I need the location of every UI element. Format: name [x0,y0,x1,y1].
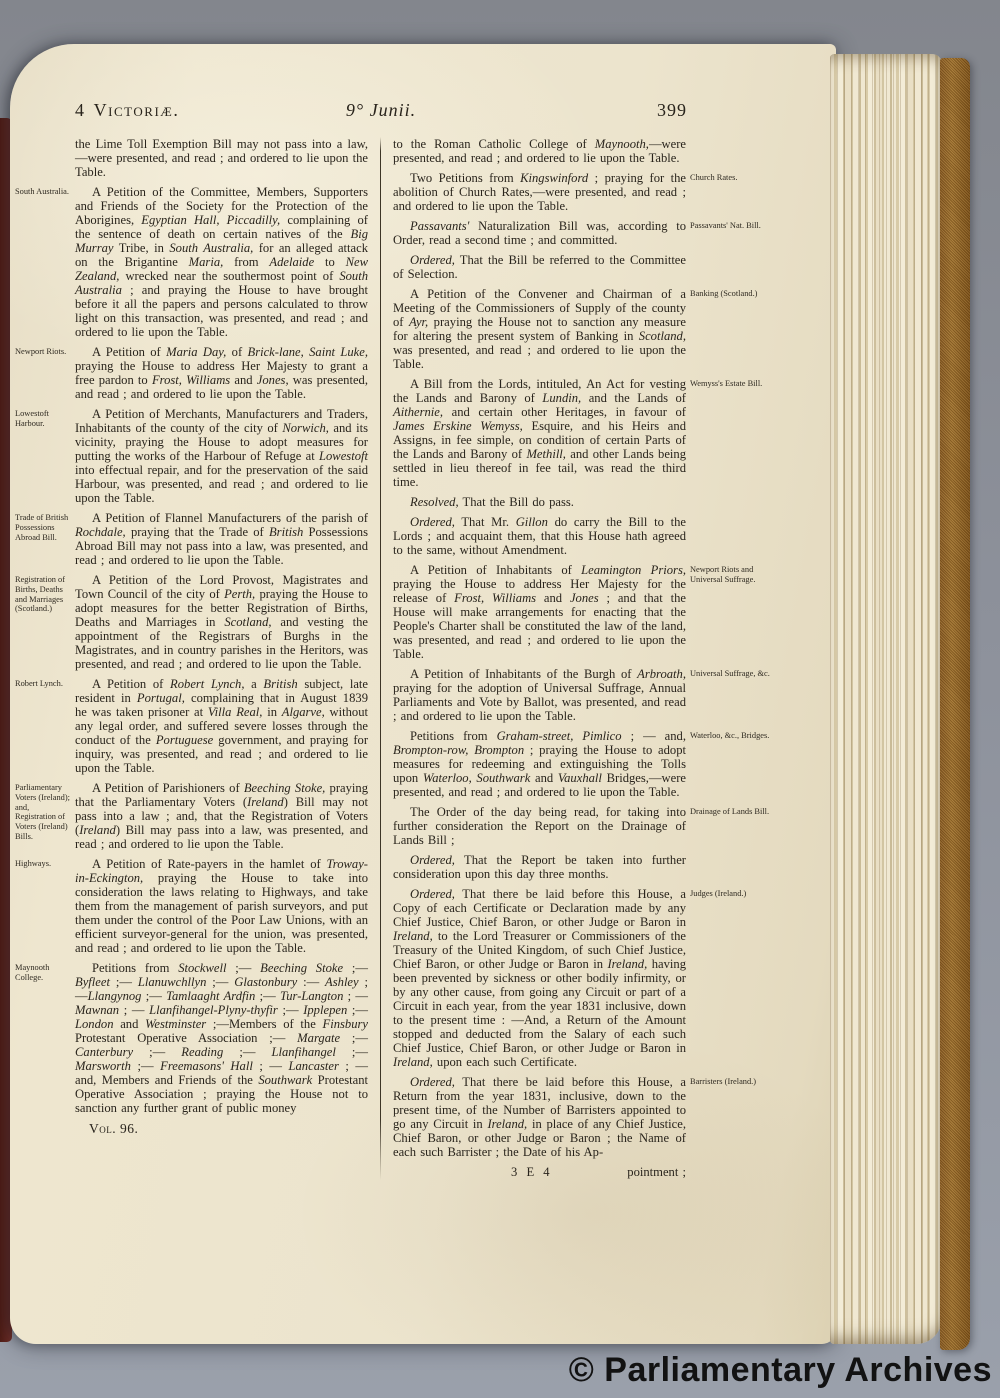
journal-entry: Lowestoft Harbour.A Petition of Merchant… [75,407,368,505]
entry-paragraph: A Petition of the Committee, Members, Su… [75,185,368,339]
entry-paragraph: A Petition of the Convener and Chairman … [393,287,686,371]
journal-entry: Trade of British Possessions Abroad Bill… [75,511,368,567]
photographed-book-scene: 4 Victoriæ. 9° Junii. 399 the Lime Toll … [0,0,1000,1398]
entry-paragraph: A Petition of Robert Lynch, a British su… [75,677,368,775]
entry-paragraph: A Petition of Inhabitants of Leamington … [393,563,686,661]
journal-entry: Drainage of Lands Bill.The Order of the … [393,805,686,881]
journal-entry: Universal Suffrage, &c.A Petition of Inh… [393,667,686,723]
journal-entry: Registration of Births, Deaths and Marri… [75,573,368,671]
page-text-block: 4 Victoriæ. 9° Junii. 399 the Lime Toll … [75,100,687,1180]
signature-mark: 3 E 4 [511,1165,553,1180]
margin-note: Barristers (Ireland.) [690,1077,770,1087]
margin-note: Passavants' Nat. Bill. [690,221,770,231]
margin-note: Waterloo, &c., Bridges. [690,731,770,741]
entry-paragraph: A Petition of the Lord Provost, Magistra… [75,573,368,671]
entry-paragraph: A Petition of Inhabitants of the Burgh o… [393,667,686,723]
entry-paragraph: A Bill from the Lords, intituled, An Act… [393,377,686,489]
book-fore-edge-pages [830,54,942,1344]
journal-entry: Robert Lynch.A Petition of Robert Lynch,… [75,677,368,775]
margin-note: Drainage of Lands Bill. [690,807,770,817]
page-number: 399 [487,100,687,121]
journal-entry: Highways.A Petition of Rate-payers in th… [75,857,368,955]
entry-paragraph: A Petition of Parishioners of Beeching S… [75,781,368,851]
entry-paragraph: Two Petitions from Kingswinford ; prayin… [393,171,686,213]
margin-note: Registration of Births, Deaths and Marri… [15,575,71,614]
entry-paragraph: the Lime Toll Exemption Bill may not pas… [75,137,368,179]
journal-entry: Church Rates.Two Petitions from Kingswin… [393,171,686,213]
margin-note: Parliamentary Voters (Ireland); and, Reg… [15,783,71,842]
journal-entry: South Australia.A Petition of the Commit… [75,185,368,339]
margin-note: Trade of British Possessions Abroad Bill… [15,513,71,542]
journal-entry: Wemyss's Estate Bill.A Bill from the Lor… [393,377,686,557]
journal-entry: the Lime Toll Exemption Bill may not pas… [75,137,368,179]
entry-paragraph: Ordered, That the Report be taken into f… [393,853,686,881]
entry-paragraph: A Petition of Merchants, Manufacturers a… [75,407,368,505]
margin-note: Lowestoft Harbour. [15,409,71,429]
page-header: 4 Victoriæ. 9° Junii. 399 [75,100,687,121]
margin-note: Wemyss's Estate Bill. [690,379,770,389]
margin-note: Church Rates. [690,173,770,183]
book-cover [940,58,970,1350]
left-column: the Lime Toll Exemption Bill may not pas… [75,137,368,1180]
entry-paragraph: Ordered, That there be laid before this … [393,1075,686,1159]
margin-note: Universal Suffrage, &c. [690,669,770,679]
archive-watermark: © Parliamentary Archives [569,1351,992,1390]
entry-paragraph: Ordered, That the Bill be referred to th… [393,253,686,281]
entry-paragraph: Petitions from Stockwell ;— Beeching Sto… [75,961,368,1115]
two-column-text: the Lime Toll Exemption Bill may not pas… [75,137,687,1180]
margin-note: South Australia. [15,187,71,197]
entry-paragraph: Ordered, That there be laid before this … [393,887,686,1069]
journal-entry: Newport Riots.A Petition of Maria Day, o… [75,345,368,401]
entry-paragraph: Passavants' Naturalization Bill was, acc… [393,219,686,247]
entry-paragraph: to the Roman Catholic College of Maynoot… [393,137,686,165]
journal-entry: Maynooth College.Petitions from Stockwel… [75,961,368,1115]
right-column: to the Roman Catholic College of Maynoot… [393,137,686,1180]
entry-paragraph: The Order of the day being read, for tak… [393,805,686,847]
column-footer: 3 E 4pointment ; [393,1165,686,1180]
entry-paragraph: A Petition of Maria Day, of Brick-lane, … [75,345,368,401]
journal-entry: Passavants' Nat. Bill.Passavants' Natura… [393,219,686,281]
journal-entry: to the Roman Catholic College of Maynoot… [393,137,686,165]
journal-entry: Banking (Scotland.)A Petition of the Con… [393,287,686,371]
margin-note: Judges (Ireland.) [690,889,770,899]
margin-note: Robert Lynch. [15,679,71,689]
entry-paragraph: Petitions from Graham-street, Pimlico ; … [393,729,686,799]
entry-paragraph: A Petition of Flannel Manufacturers of t… [75,511,368,567]
margin-note: Maynooth College. [15,963,71,983]
journal-entry: Parliamentary Voters (Ireland); and, Reg… [75,781,368,851]
journal-page: 4 Victoriæ. 9° Junii. 399 the Lime Toll … [10,44,836,1344]
margin-note: Banking (Scotland.) [690,289,770,299]
column-divider-rule [380,137,381,1180]
journal-entry: Judges (Ireland.)Ordered, That there be … [393,887,686,1069]
sitting-date-heading: 9° Junii. [275,100,487,121]
entry-paragraph: Ordered, That Mr. Gillon do carry the Bi… [393,515,686,557]
margin-note: Newport Riots and Universal Suffrage. [690,565,770,585]
entry-paragraph: Resolved, That the Bill do pass. [393,495,686,509]
margin-note: Highways. [15,859,71,869]
journal-entry: Barristers (Ireland.)Ordered, That there… [393,1075,686,1159]
margin-note: Newport Riots. [15,347,71,357]
volume-label: Vol. 96. [89,1121,368,1137]
entry-paragraph: A Petition of Rate-payers in the hamlet … [75,857,368,955]
journal-entry: Waterloo, &c., Bridges.Petitions from Gr… [393,729,686,799]
regnal-year-heading: 4 Victoriæ. [75,100,275,121]
catchword: pointment ; [627,1165,686,1180]
journal-entry: Newport Riots and Universal Suffrage.A P… [393,563,686,661]
